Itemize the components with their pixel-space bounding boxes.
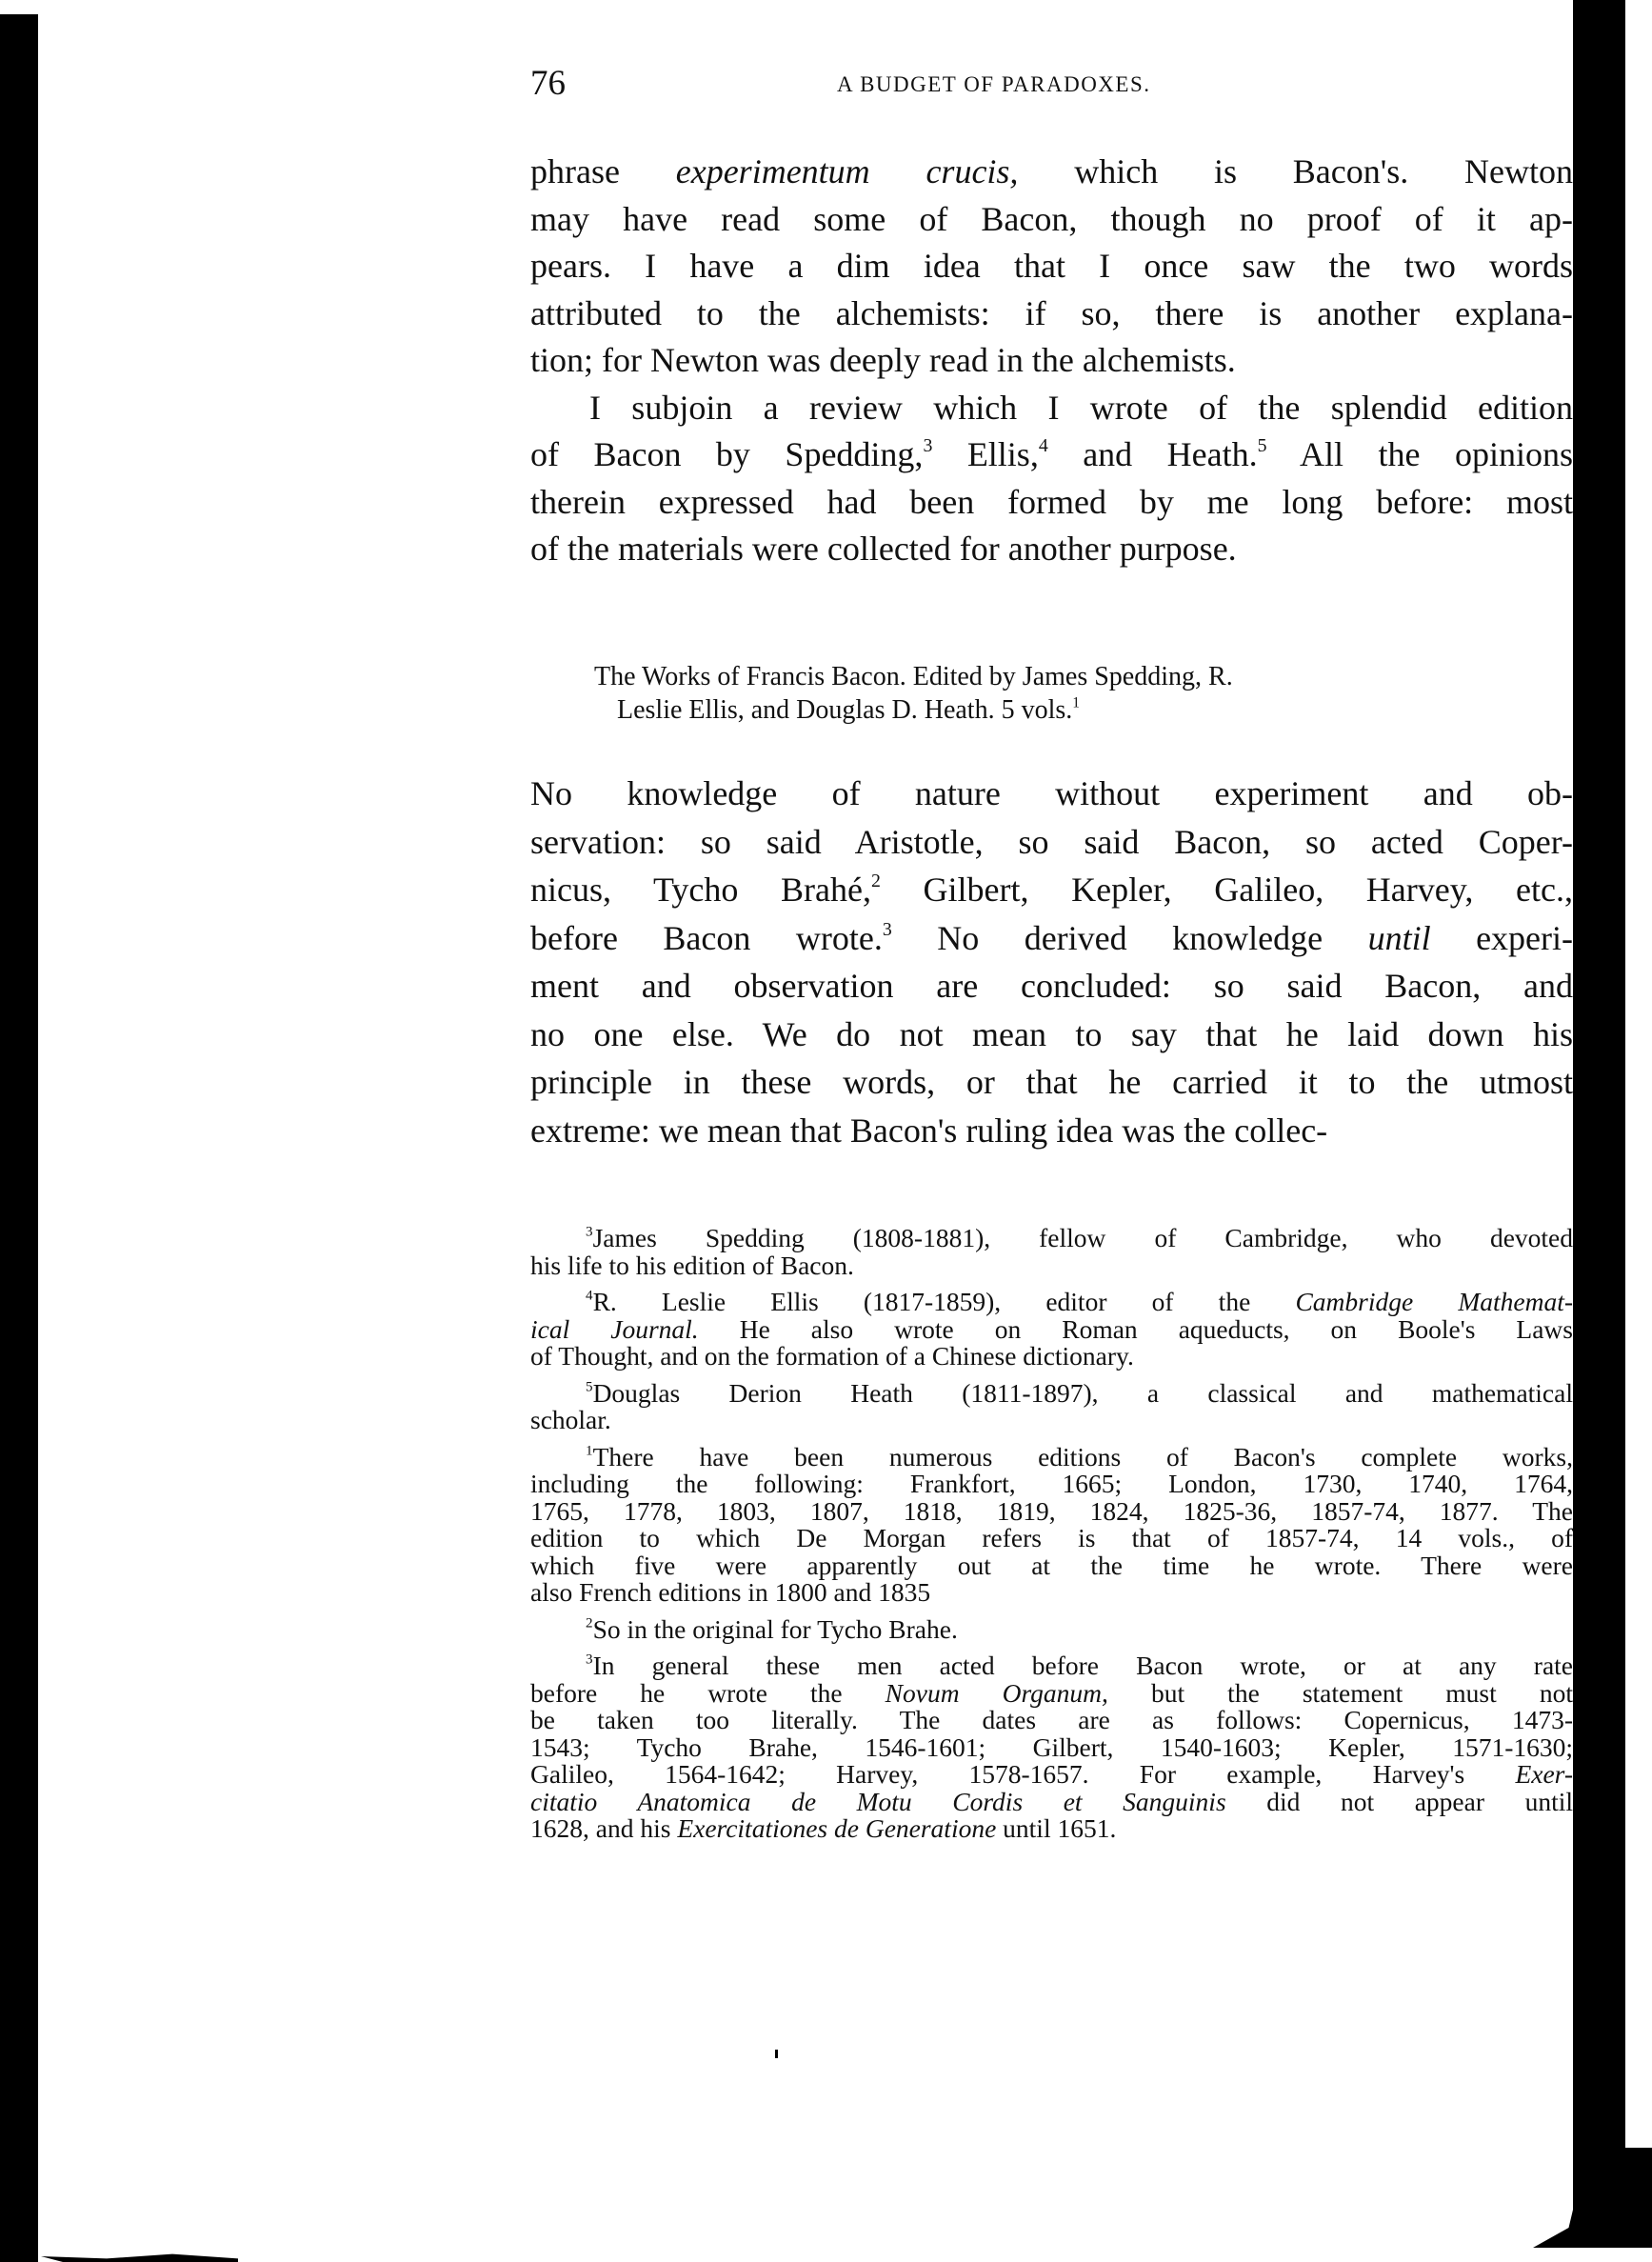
footnote-line: scholar. <box>530 1407 1573 1434</box>
review-heading-line-2: Leslie Ellis, and Douglas D. Heath. 5 vo… <box>594 693 1573 727</box>
footnote-ref: 2 <box>871 871 881 891</box>
footnote-line: 1765, 1778, 1803, 1807, 1818, 1819, 1824… <box>530 1498 1573 1526</box>
footnote-line: be taken too literally. The dates are as… <box>530 1707 1573 1734</box>
footnote-marker: 3 <box>586 1652 593 1668</box>
footnote: 3James Spedding (1808-1881), fellow of C… <box>530 1225 1573 1279</box>
text-line: therein expressed had been formed by me … <box>530 479 1573 527</box>
running-head: 76 A BUDGET OF PARADOXES. <box>530 63 1573 101</box>
footnote-line: citatio Anatomica de Motu Cordis et Sang… <box>530 1789 1573 1816</box>
text-line: ment and observation are concluded: so s… <box>530 962 1573 1011</box>
footnote-marker: 1 <box>586 1443 593 1458</box>
text-line: extreme: we mean that Bacon's ruling ide… <box>530 1107 1573 1155</box>
text-line: principle in these words, or that he car… <box>530 1058 1573 1107</box>
footnote-line: before he wrote the Novum Organum, but t… <box>530 1680 1573 1708</box>
footnote-line: 2So in the original for Tycho Brahe. <box>530 1616 1573 1644</box>
scan-left-edge-shadow <box>0 14 38 2262</box>
footnote: 1There have been numerous editions of Ba… <box>530 1444 1573 1607</box>
text-line: of Bacon by Spedding,3 Ellis,4 and Heath… <box>530 431 1573 479</box>
footnote-line: which five were apparently out at the ti… <box>530 1552 1573 1580</box>
text-line: nicus, Tycho Brahé,2 Gilbert, Kepler, Ga… <box>530 866 1573 914</box>
footnote-ref: 3 <box>923 435 932 456</box>
footnote-line: 3James Spedding (1808-1881), fellow of C… <box>530 1225 1573 1252</box>
footnote-line: including the following: Frankfort, 1665… <box>530 1471 1573 1498</box>
footnote-line: 4R. Leslie Ellis (1817-1859), editor of … <box>530 1289 1573 1316</box>
body-text-review: No knowledge of nature without experimen… <box>530 770 1573 1154</box>
footnote-marker: 2 <box>586 1615 593 1631</box>
scan-speck <box>775 2050 778 2058</box>
footnote-marker: 5 <box>586 1379 593 1394</box>
review-heading: The Works of Francis Bacon. Edited by Ja… <box>594 660 1573 727</box>
text-line: I subjoin a review which I wrote of the … <box>530 385 1573 432</box>
footnote: 4R. Leslie Ellis (1817-1859), editor of … <box>530 1289 1573 1371</box>
footnote-line: 1There have been numerous editions of Ba… <box>530 1444 1573 1471</box>
text-line: no one else. We do not mean to say that … <box>530 1011 1573 1059</box>
footnote-line: his life to his edition of Bacon. <box>530 1252 1573 1280</box>
scan-bottom-edge-shadow <box>19 2251 238 2262</box>
text-line: may have read some of Bacon, though no p… <box>530 196 1573 244</box>
footnote-line: Galileo, 1564-1642; Harvey, 1578-1657. F… <box>530 1761 1573 1789</box>
text-line: tion; for Newton was deeply read in the … <box>530 337 1573 385</box>
text-line: phrase experimentum crucis, which is Bac… <box>530 149 1573 196</box>
footnote-line: 3In general these men acted before Bacon… <box>530 1652 1573 1680</box>
footnotes: 3James Spedding (1808-1881), fellow of C… <box>530 1225 1573 1852</box>
text-line: of the materials were collected for anot… <box>530 526 1573 573</box>
footnote-line: 5Douglas Derion Heath (1811-1897), a cla… <box>530 1380 1573 1408</box>
text-line: attributed to the alchemists: if so, the… <box>530 290 1573 338</box>
footnote-marker: 3 <box>586 1225 593 1240</box>
scan-right-edge-shadow-bottom <box>1533 2148 1652 2248</box>
footnote-line: of Thought, and on the formation of a Ch… <box>530 1343 1573 1371</box>
body-text-top: phrase experimentum crucis, which is Bac… <box>530 149 1573 573</box>
footnote-ref: 5 <box>1258 435 1267 456</box>
footnote-line: edition to which De Morgan refers is tha… <box>530 1525 1573 1552</box>
running-title: A BUDGET OF PARADOXES. <box>837 72 1151 97</box>
footnote: 5Douglas Derion Heath (1811-1897), a cla… <box>530 1380 1573 1434</box>
footnote: 3In general these men acted before Bacon… <box>530 1652 1573 1843</box>
text-line: pears. I have a dim idea that I once saw… <box>530 243 1573 290</box>
footnote-line: 1628, and his Exercitationes de Generati… <box>530 1815 1573 1843</box>
text-line: before Bacon wrote.3 No derived knowledg… <box>530 914 1573 963</box>
footnote-ref: 3 <box>883 919 892 940</box>
footnote-marker: 4 <box>586 1289 593 1304</box>
paragraph-1: phrase experimentum crucis, which is Bac… <box>530 149 1573 385</box>
paragraph-2: I subjoin a review which I wrote of the … <box>530 385 1573 573</box>
paragraph-3: No knowledge of nature without experimen… <box>530 770 1573 1154</box>
text-line: No knowledge of nature without experimen… <box>530 770 1573 818</box>
footnote-line: 1543; Tycho Brahe, 1546-1601; Gilbert, 1… <box>530 1734 1573 1762</box>
review-heading-line-1: The Works of Francis Bacon. Edited by Ja… <box>594 662 1233 691</box>
footnote-line: also French editions in 1800 and 1835 <box>530 1579 1573 1607</box>
page-number: 76 <box>530 63 566 104</box>
footnote: 2So in the original for Tycho Brahe. <box>530 1616 1573 1644</box>
footnote-ref: 4 <box>1039 435 1048 456</box>
footnote-line: ical Journal. He also wrote on Roman aqu… <box>530 1316 1573 1344</box>
footnote-ref: 1 <box>1072 694 1080 711</box>
text-line: servation: so said Aristotle, so said Ba… <box>530 818 1573 867</box>
scan-right-edge-shadow <box>1573 0 1625 2248</box>
